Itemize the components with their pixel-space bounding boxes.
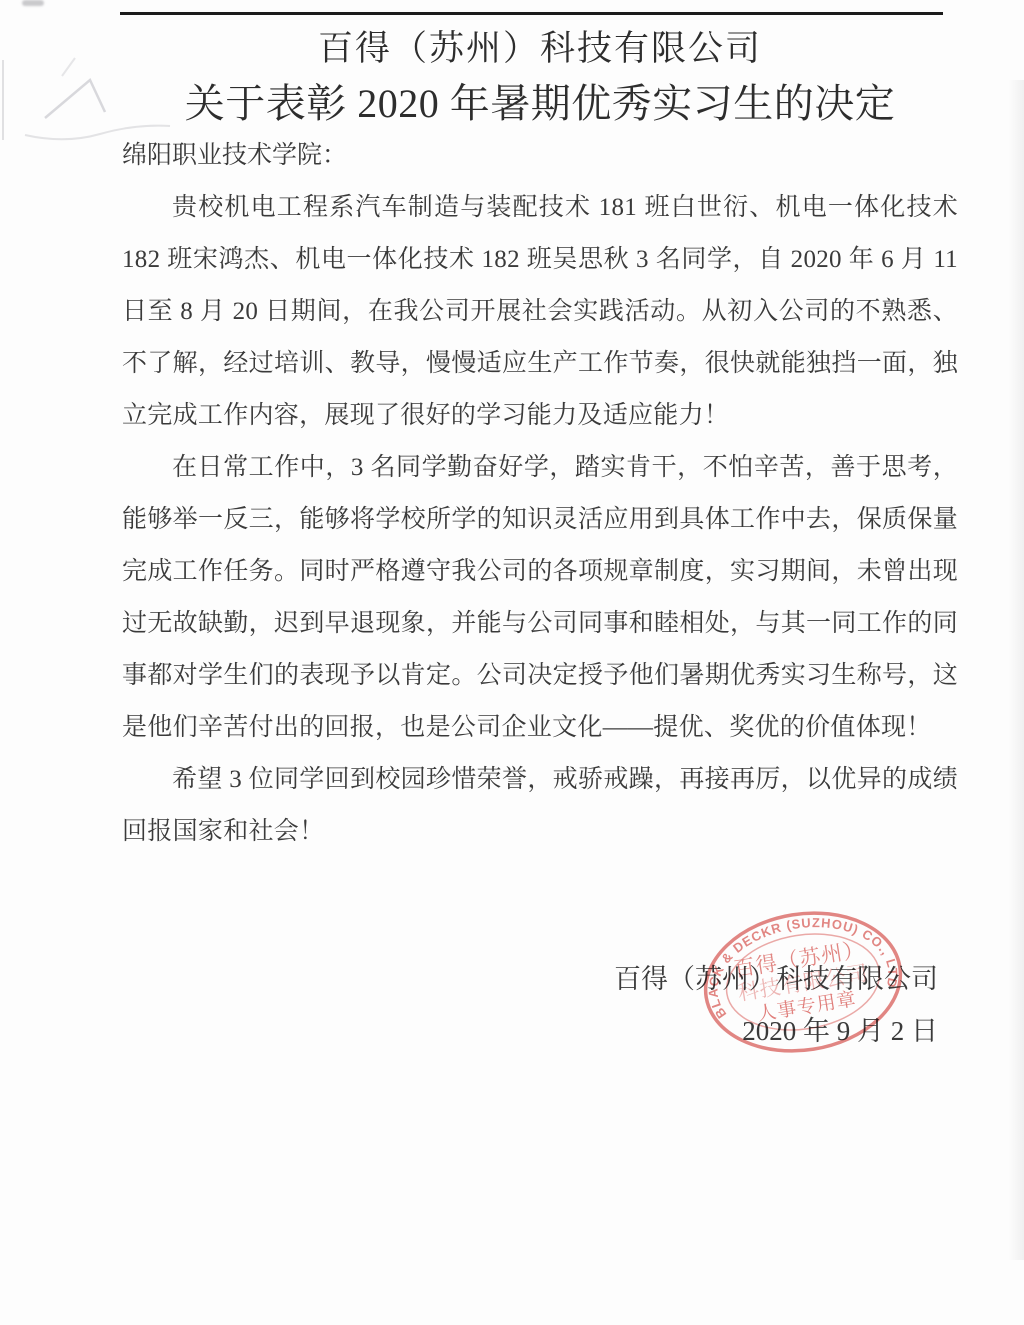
salutation: 绵阳职业技术学院：	[122, 130, 958, 182]
scan-smudge-mark	[22, 0, 44, 6]
body-paragraph-1: 贵校机电工程系汽车制造与装配技术 181 班白世衍、机电一体化技术 182 班宋…	[122, 182, 958, 442]
scanned-letter-page: 百得（苏州）科技有限公司 关于表彰 2020 年暑期优秀实习生的决定 绵阳职业技…	[0, 0, 1024, 1325]
letter-body: 百得（苏州）科技有限公司 关于表彰 2020 年暑期优秀实习生的决定 绵阳职业技…	[122, 0, 958, 1057]
company-title: 百得（苏州）科技有限公司	[122, 26, 958, 72]
body-paragraph-3: 希望 3 位同学回到校园珍惜荣誉，戒骄戒躁，再接再厉，以优异的成绩回报国家和社会…	[122, 754, 958, 858]
scan-left-edge-line	[2, 60, 4, 140]
closing-block: 百得（苏州）科技有限公司 2020 年 9 月 2 日	[122, 953, 958, 1057]
closing-date: 2020 年 9 月 2 日	[122, 1005, 938, 1057]
body-paragraph-2: 在日常工作中，3 名同学勤奋好学，踏实肯干，不怕辛苦，善于思考，能够举一反三，能…	[122, 442, 958, 754]
scan-right-edge-shading	[1008, 80, 1024, 1260]
closing-company-name: 百得（苏州）科技有限公司	[122, 953, 938, 1005]
document-subject-title: 关于表彰 2020 年暑期优秀实习生的决定	[122, 78, 958, 130]
